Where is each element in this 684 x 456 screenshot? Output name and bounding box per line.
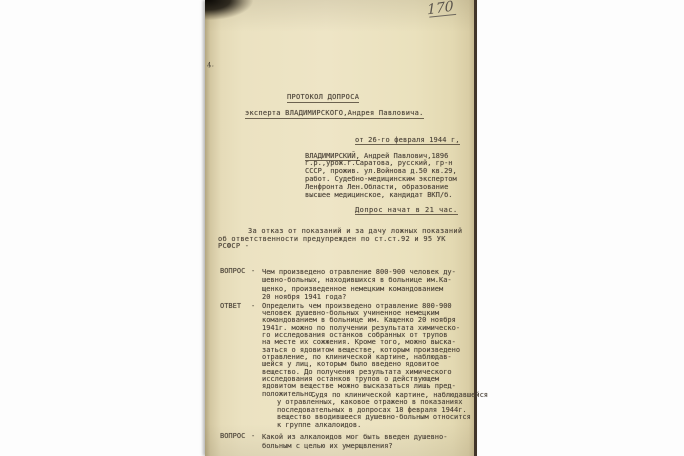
text-line: больным с целью их умерщвления? xyxy=(262,442,447,451)
question-text: Чем произведено отравление 800-900 челов… xyxy=(262,268,456,302)
text-line: щенко, произведенное немецким командован… xyxy=(262,285,456,294)
document-title: ПРОТОКОЛ ДОПРОСА xyxy=(287,94,359,102)
text-line: 20 ноября 1941 года? xyxy=(262,293,456,302)
answer-paragraph-2: Судя по клинической картине, наблюдавшей… xyxy=(277,392,488,430)
dash: - xyxy=(251,303,255,311)
interrogation-start-line: Допрос начат в 21 час. xyxy=(355,207,458,215)
margin-note: 4. xyxy=(206,60,214,69)
dash: - xyxy=(251,433,255,441)
dash: - xyxy=(251,268,255,276)
question-label: ВОПРОС xyxy=(220,268,245,276)
question-label: ВОПРОС xyxy=(220,433,245,441)
answer-label: ОТВЕТ xyxy=(220,303,241,311)
text-line: Чем произведено отравление 800-900 челов… xyxy=(262,268,456,277)
scanned-page: 170 4. ПРОТОКОЛ ДОПРОСА эксперта ВЛАДИМИ… xyxy=(205,0,477,456)
answer-text: Определить чем произведено отравление 80… xyxy=(262,303,460,398)
identity-line: высшее медицинское, кандидат ВКП/б. xyxy=(305,192,457,200)
text-line: Какой из алкалоидов мог быть введен душе… xyxy=(262,433,447,442)
question-block-1: ВОПРОС - Чем произведено отравление 800-… xyxy=(220,268,456,302)
answer-block: ОТВЕТ - Определить чем произведено отрав… xyxy=(220,303,460,398)
date-line: от 26-го февраля 1944 г, xyxy=(355,137,460,145)
identity-block: ВЛАДИМИРСКИЙ, Андрей Павлович,1896 г.р.,… xyxy=(305,153,457,200)
question-text: Какой из алкалоидов мог быть введен душе… xyxy=(262,433,447,450)
liability-warning: За отказ от показаний и за дачу ложных п… xyxy=(218,228,462,251)
page-corner-shadow xyxy=(205,0,259,32)
handwritten-page-number: 170 xyxy=(427,0,461,18)
text-line: шевно-больных, находившихся в больнице и… xyxy=(262,276,456,285)
question-block-2: ВОПРОС - Какой из алкалоидов мог быть вв… xyxy=(220,433,447,450)
warning-line: об ответственности предупрежден по ст.ст… xyxy=(218,236,462,244)
warning-line: РСФСР - xyxy=(218,243,462,251)
document-subtitle: эксперта ВЛАДИМИРСКОГО,Андрея Павловича. xyxy=(245,110,424,118)
text-line: к группе алкалоидов. xyxy=(277,422,488,430)
